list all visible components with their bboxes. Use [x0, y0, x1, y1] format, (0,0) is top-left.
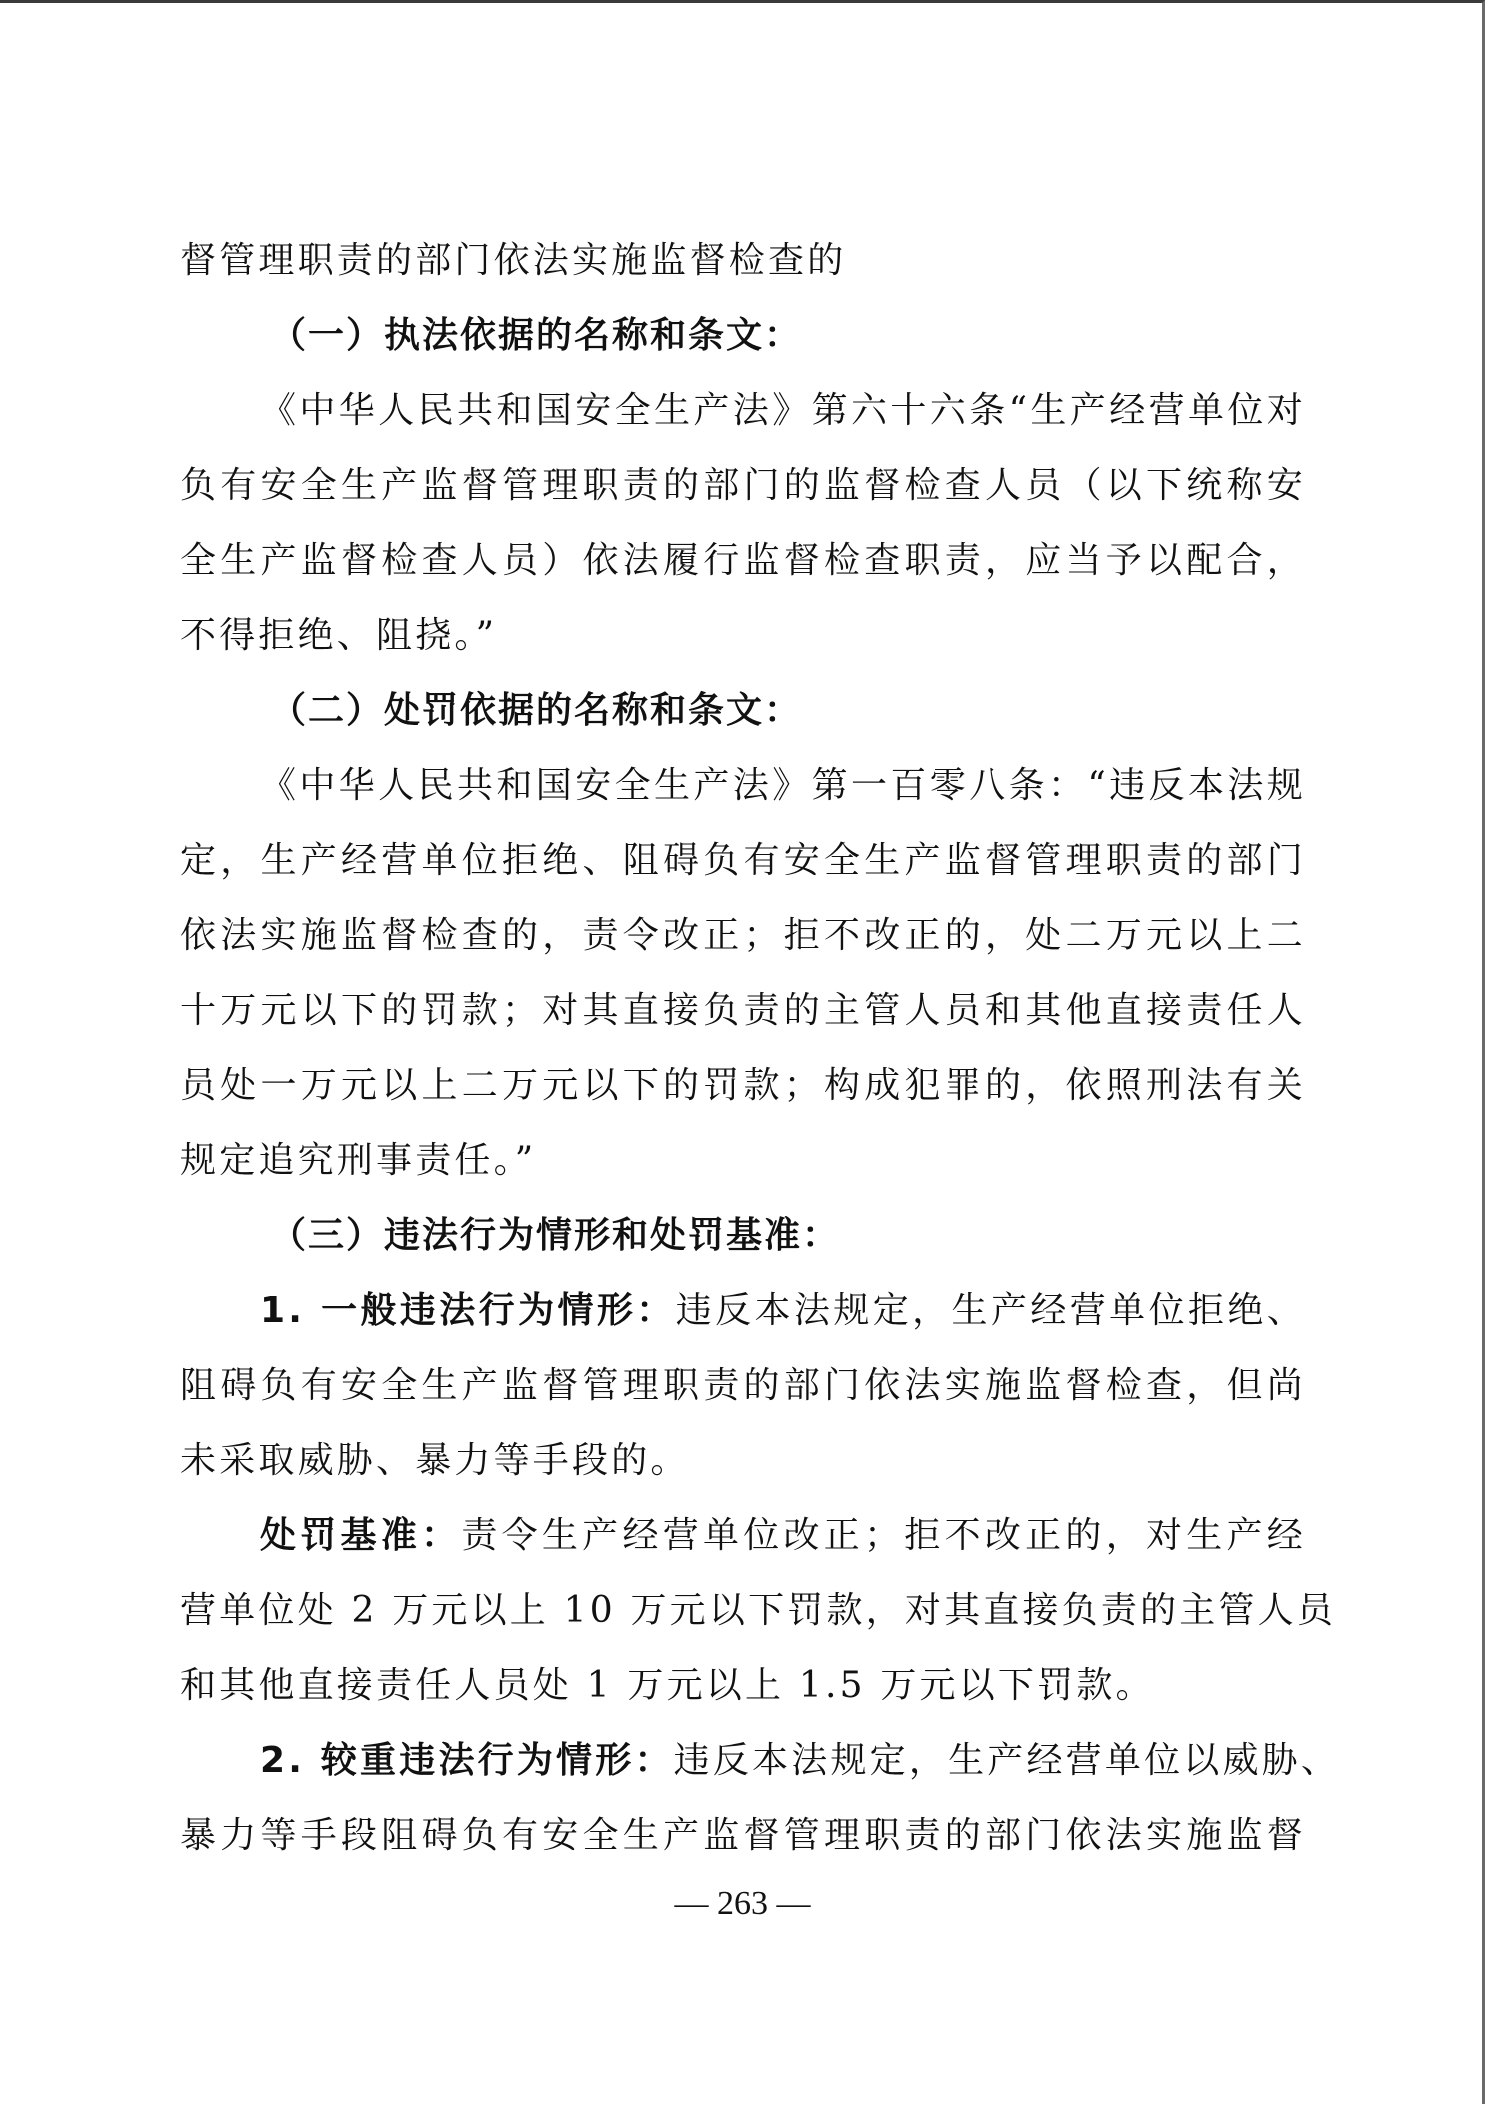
general-violation-line-3: 未采取威胁、暴力等手段的。 — [180, 1423, 1306, 1498]
law-article-66-line-1: 《中华人民共和国安全生产法》第六十六条“生产经营单位对 — [180, 373, 1306, 448]
document-body: 督管理职责的部门依法实施监督检查的 （一）执法依据的名称和条文： 《中华人民共和… — [180, 223, 1306, 1873]
page-number: — 263 — — [0, 1885, 1485, 1923]
general-violation-line-1: 1. 一般违法行为情形：违反本法规定，生产经营单位拒绝、 — [180, 1273, 1306, 1348]
law-article-108-line-4: 十万元以下的罚款；对其直接负责的主管人员和其他直接责任人 — [180, 973, 1306, 1048]
paragraph-continuation-line: 督管理职责的部门依法实施监督检查的 — [180, 223, 1306, 298]
penalty-standard-text: 责令生产经营单位改正；拒不改正的，对生产经 — [461, 1515, 1306, 1556]
serious-violation-text: 违反本法规定，生产经营单位以威胁、 — [674, 1740, 1340, 1781]
law-article-108-line-1: 《中华人民共和国安全生产法》第一百零八条：“违反本法规 — [180, 748, 1306, 823]
general-violation-text: 违反本法规定，生产经营单位拒绝、 — [676, 1290, 1306, 1331]
general-violation-line-2: 阻碍负有安全生产监督管理职责的部门依法实施监督检查，但尚 — [180, 1348, 1306, 1423]
law-article-66-line-4: 不得拒绝、阻挠。” — [180, 598, 1306, 673]
serious-violation-line-2: 暴力等手段阻碍负有安全生产监督管理职责的部门依法实施监督 — [180, 1798, 1306, 1873]
document-page: 督管理职责的部门依法实施监督检查的 （一）执法依据的名称和条文： 《中华人民共和… — [0, 0, 1485, 2104]
section-heading-enforcement-basis: （一）执法依据的名称和条文： — [180, 298, 1306, 373]
serious-violation-line-1: 2. 较重违法行为情形：违反本法规定，生产经营单位以威胁、 — [180, 1723, 1306, 1798]
law-article-108-line-6: 规定追究刑事责任。” — [180, 1123, 1306, 1198]
law-article-108-line-5: 员处一万元以上二万元以下的罚款；构成犯罪的，依照刑法有关 — [180, 1048, 1306, 1123]
law-article-66-line-3: 全生产监督检查人员）依法履行监督检查职责，应当予以配合， — [180, 523, 1306, 598]
serious-violation-label: 2. 较重违法行为情形： — [260, 1740, 674, 1781]
law-article-108-line-3: 依法实施监督检查的，责令改正；拒不改正的，处二万元以上二 — [180, 898, 1306, 973]
penalty-standard-line-2: 营单位处 2 万元以上 10 万元以下罚款，对其直接负责的主管人员 — [180, 1573, 1306, 1648]
general-violation-label: 1. 一般违法行为情形： — [260, 1290, 676, 1331]
section-heading-violation-circumstances: （三）违法行为情形和处罚基准： — [180, 1198, 1306, 1273]
penalty-standard-label: 处罚基准： — [260, 1515, 461, 1556]
penalty-standard-line-1: 处罚基准：责令生产经营单位改正；拒不改正的，对生产经 — [180, 1498, 1306, 1573]
law-article-66-line-2: 负有安全生产监督管理职责的部门的监督检查人员（以下统称安 — [180, 448, 1306, 523]
section-heading-penalty-basis: （二）处罚依据的名称和条文： — [180, 673, 1306, 748]
law-article-108-line-2: 定，生产经营单位拒绝、阻碍负有安全生产监督管理职责的部门 — [180, 823, 1306, 898]
penalty-standard-line-3: 和其他直接责任人员处 1 万元以上 1.5 万元以下罚款。 — [180, 1648, 1306, 1723]
